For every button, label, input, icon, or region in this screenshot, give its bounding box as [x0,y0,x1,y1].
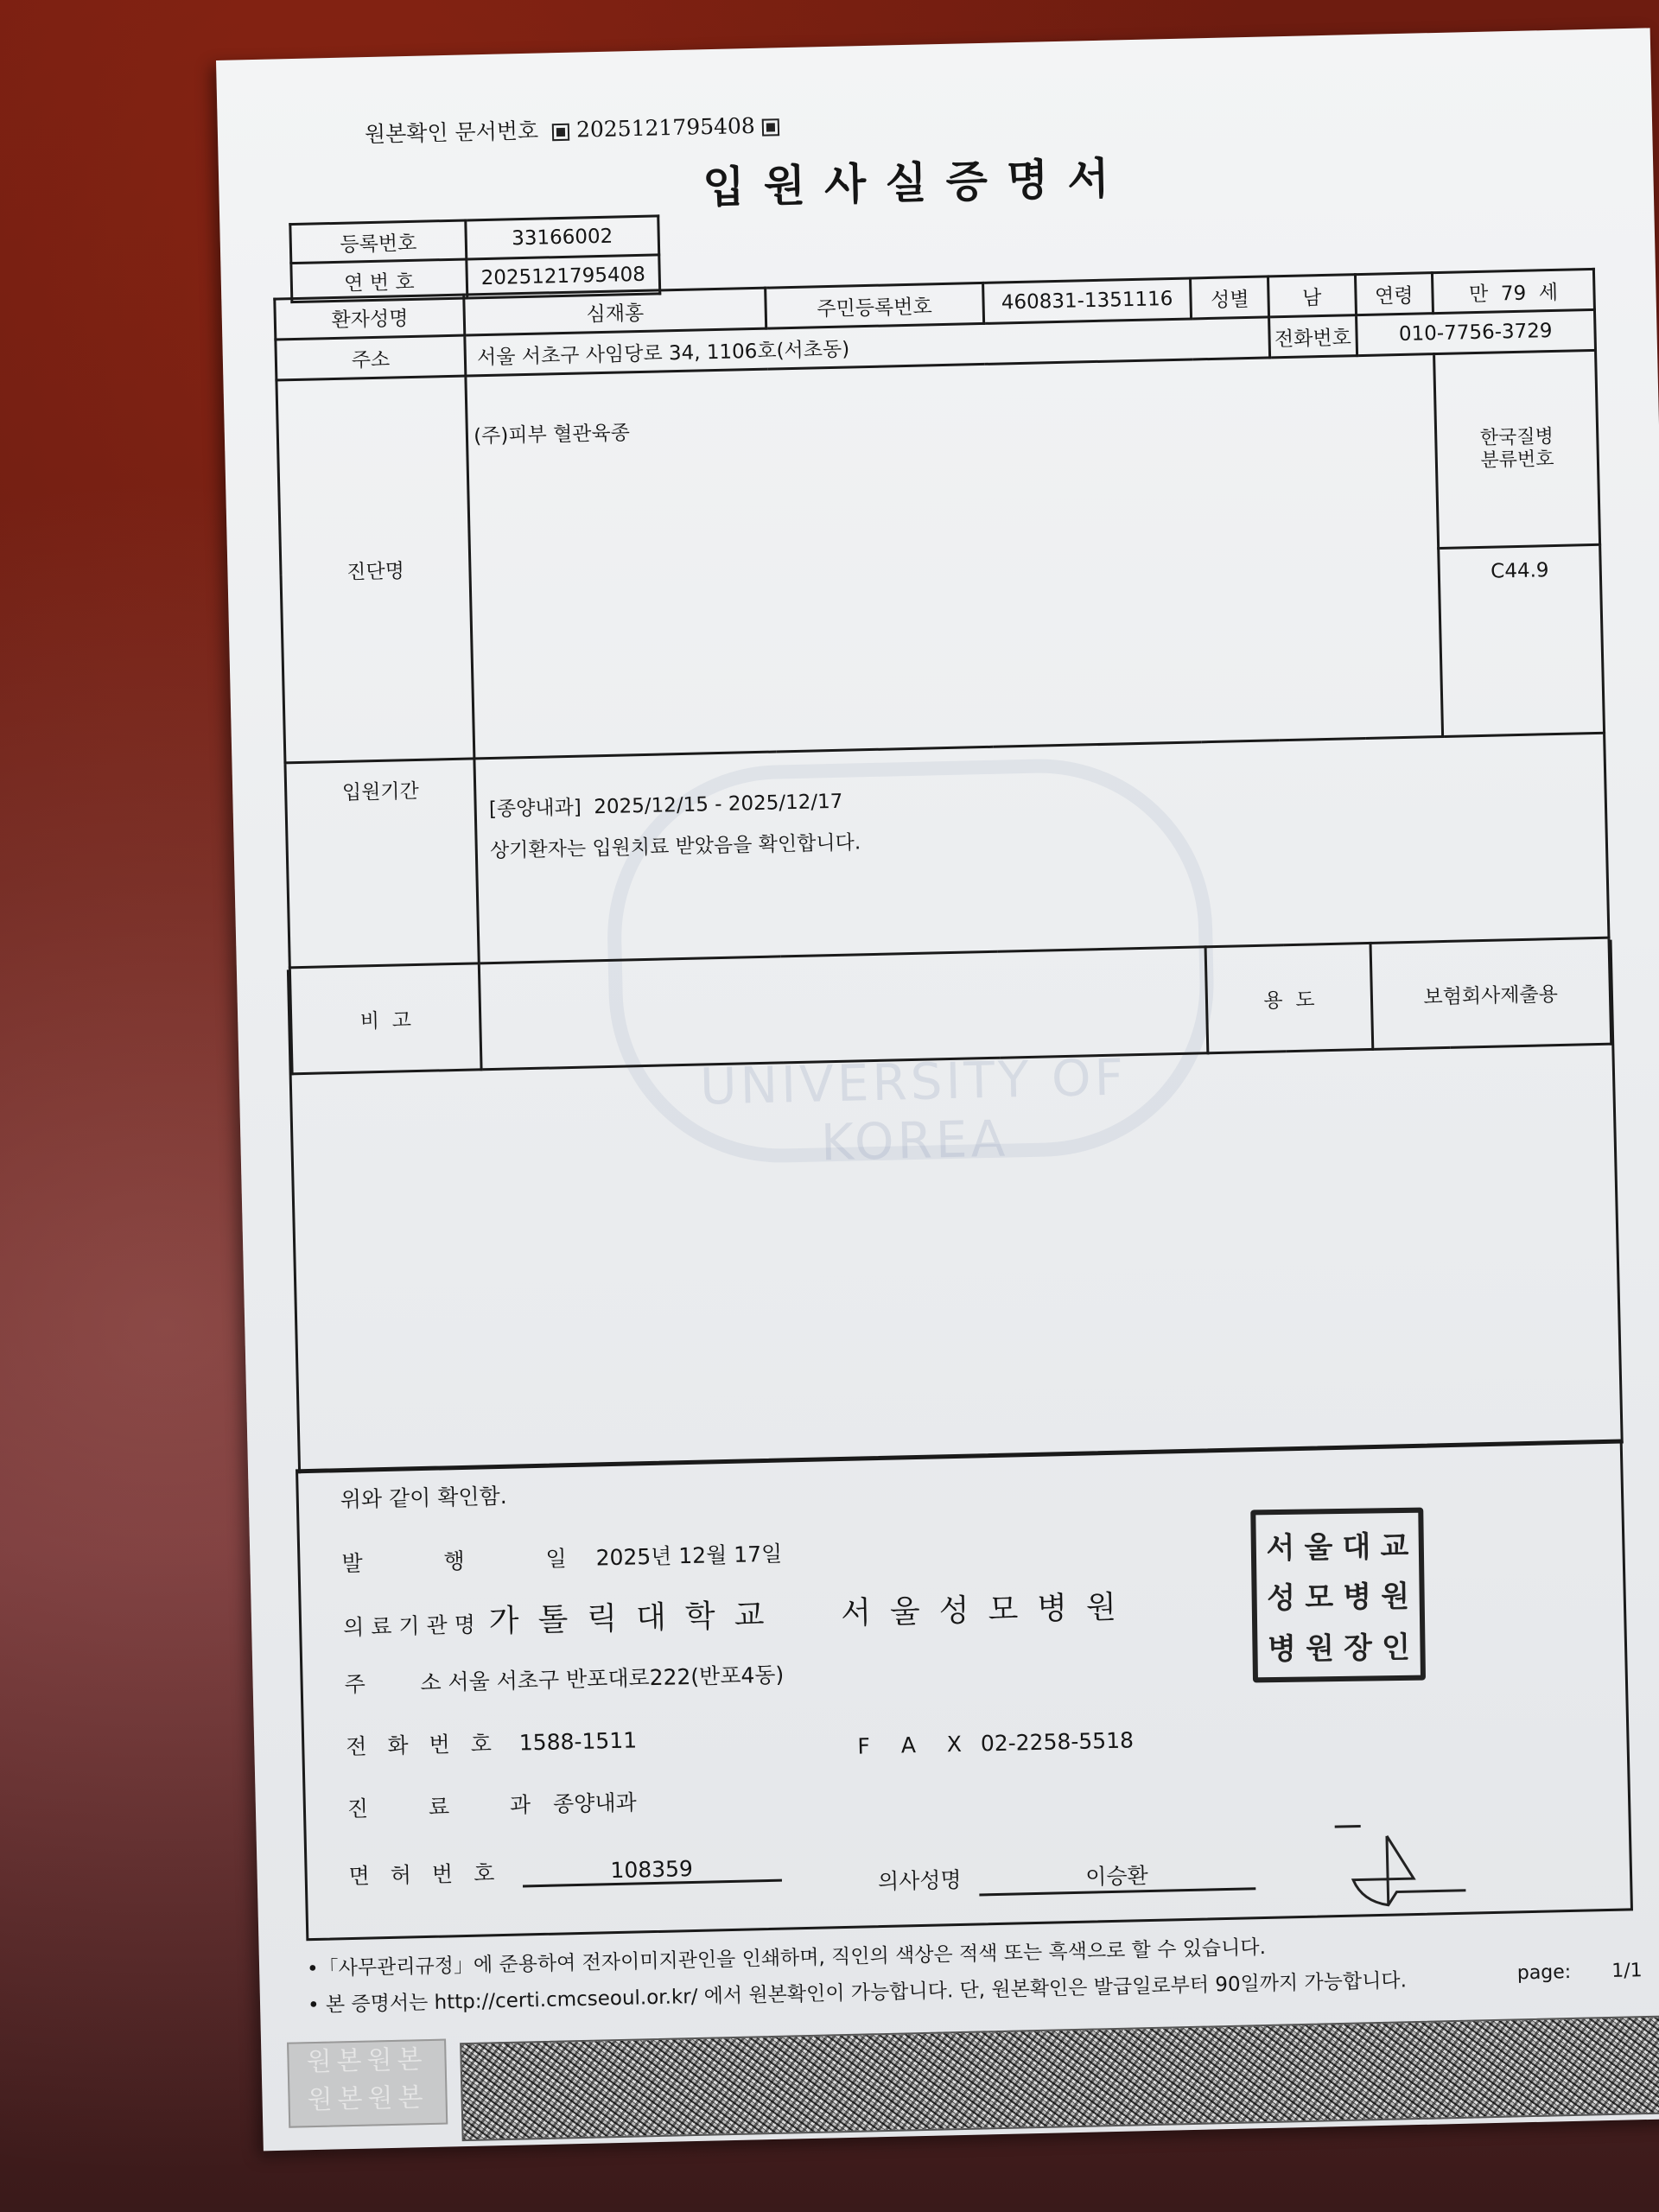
issue-date: 2025년 12월 17일 [595,1541,782,1571]
diagnosis: (주)피부 혈관육종 [466,354,1443,759]
doc-number-label: 원본확인 문서번호 [365,118,539,148]
issuer-address-row: 주 소 서울 서초구 반포대로222(반포4동) [344,1658,784,1700]
confirm-text: 위와 같이 확인함. [340,1479,507,1514]
dept: 종양내과 [553,1789,637,1816]
admission-label: 입원기간 [285,759,480,968]
institution-label: 의료기관명 [343,1611,482,1640]
page-title: 입원사실증명서 [702,143,1129,215]
issue-date-label: 발 행 일 [341,1546,589,1576]
issue-date-row: 발 행 일 2025년 12월 17일 [341,1537,782,1579]
page-label: page: [1517,1961,1572,1984]
dept-label: 진 료 과 [347,1792,547,1821]
issuer-phone-row: 전화번호 1588-1511 [346,1723,638,1761]
seal-char: 병 [1262,1625,1301,1669]
page-indicator: page: 1/1 [1517,1960,1643,1984]
seal-char: 원 [1376,1573,1414,1616]
license-number: 108359 [522,1854,782,1888]
doc-number: 2025121795408 [576,113,755,143]
address-label: 주소 [276,335,466,380]
seal-char: 병 [1338,1573,1376,1617]
kcd-label-line2: 분류번호 [1480,448,1554,472]
issuer-address-label: 주 소 [344,1670,442,1698]
reg-no-label: 등록번호 [290,220,467,264]
fax: 02-2258-5518 [981,1727,1135,1756]
seal-char: 울 [1299,1523,1338,1567]
seal-char: 성 [1262,1574,1300,1618]
seal-char: 서 [1261,1523,1300,1567]
sex: 남 [1268,275,1356,317]
age-label: 연령 [1355,273,1433,315]
kcd-label-line1: 한국질병 [1480,426,1554,449]
seal-char: 원 [1300,1624,1339,1668]
age: 만 79 세 [1433,269,1595,313]
rrn-label: 주민등록번호 [766,283,984,328]
hospital-seal: 서 울 대 교 성 모 병 원 병 원 장 인 [1250,1508,1426,1683]
dept-row: 진 료 과 종양내과 [347,1785,638,1823]
reg-no: 33166002 [466,216,659,259]
fax-row: F A X 02-2258-5518 [857,1727,1134,1758]
doctor-label: 의사성명 [878,1867,962,1894]
box-marker-icon [552,123,569,140]
phone: 010-7756-3729 [1356,309,1595,355]
box-marker-icon [762,118,779,136]
footnotes: •「사무관리규정」에 준용하여 전자이미지관인을 인쇄하며, 직인의 색상은 적… [307,1926,1408,2024]
seal-char: 인 [1376,1624,1415,1667]
license-label: 면허번호 [348,1860,515,1889]
license-row: 면허번호 108359 [348,1850,781,1891]
2d-barcode [460,2015,1659,2141]
seal-char: 교 [1375,1522,1414,1566]
doctor-name: 이승환 [978,1856,1255,1896]
rrn: 460831-1351116 [982,278,1192,323]
doctor-signature-icon [1326,1816,1484,1915]
sex-label: 성별 [1191,276,1269,319]
seal-char: 모 [1300,1573,1338,1617]
issuer-section: 위와 같이 확인함. 발 행 일 2025년 12월 17일 의료기관명 가톨릭… [296,1439,1633,1941]
patient-name: 심재홍 [464,288,766,335]
kcd-label: 한국질병 분류번호 [1434,350,1600,548]
certificate-paper: UNIVERSITY OF KOREA 원본확인 문서번호 2025121795… [216,28,1659,2151]
doc-number-line: 원본확인 문서번호 2025121795408 [365,108,787,149]
kcd-code: C44.9 [1439,544,1605,736]
institution-row: 의료기관명 가톨릭대학교 서울성모병원 [342,1582,1135,1644]
patient-name-label: 환자성명 [275,295,465,340]
issuer-phone: 1588-1511 [518,1727,637,1755]
seal-char: 장 [1338,1624,1377,1668]
phone-label: 전화번호 [1269,315,1357,358]
fax-label: F A X [857,1732,974,1759]
doctor-row: 의사성명 이승환 [878,1856,1255,1898]
diagnosis-label: 진단명 [276,376,474,763]
seal-char: 대 [1337,1522,1376,1566]
institution-name: 가톨릭대학교 서울성모병원 [488,1589,1135,1639]
admission-cell: [종양내과] 2025/12/15 - 2025/12/17 상기환자는 입원치… [474,733,1609,963]
original-watermark-box: 원본원본 원본원본 [287,2039,448,2128]
issuer-phone-label: 전화번호 [346,1731,512,1759]
page-number: 1/1 [1611,1960,1643,1982]
issuer-address: 서울 서초구 반포대로222(반포4동) [448,1662,784,1695]
blank-area [287,940,1624,1474]
